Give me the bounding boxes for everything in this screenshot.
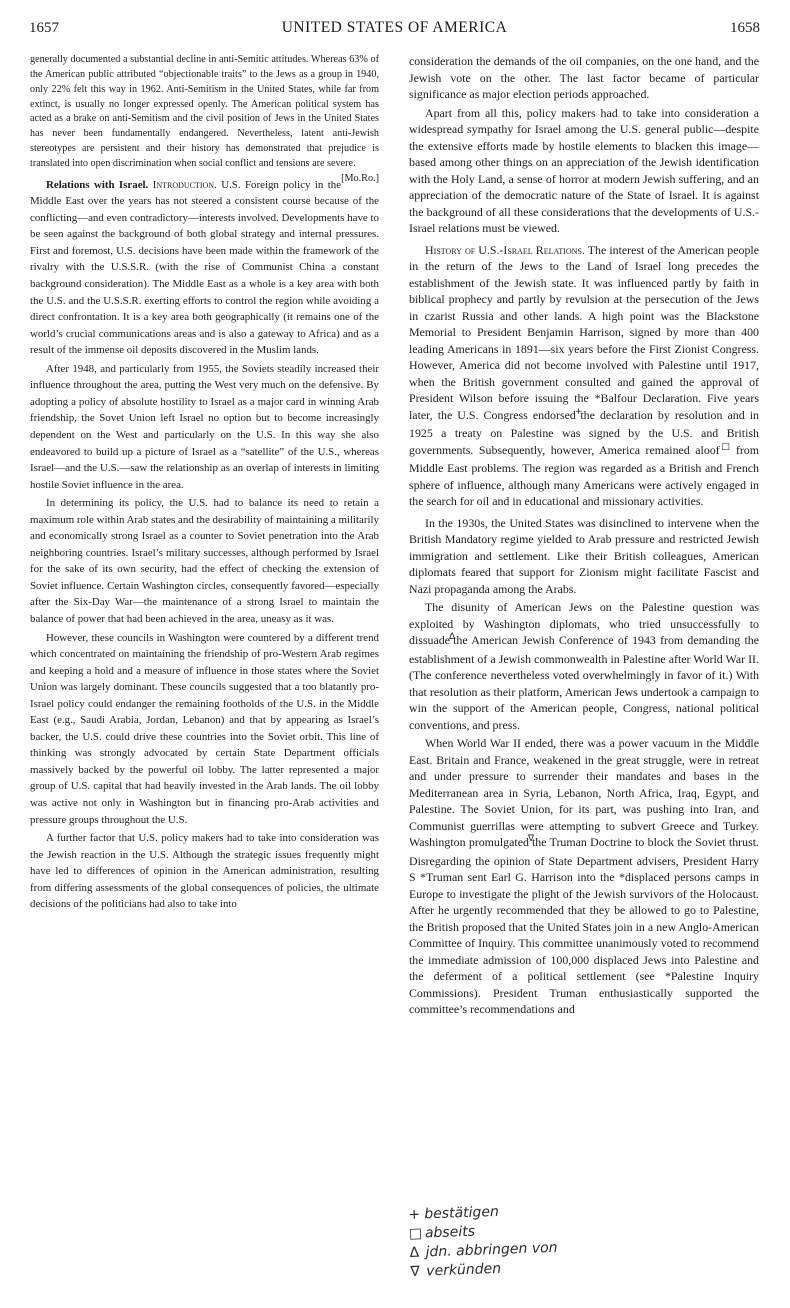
paragraph-apart-from: Apart from all this, policy makers had t… — [409, 105, 759, 237]
page-number-right: 1658 — [730, 18, 760, 38]
note-text: abseits — [425, 1224, 476, 1242]
handwritten-notes: +bestätigen □abseits Δjdn. abbringen von… — [408, 1201, 559, 1282]
paragraph-however-councils: However, these councils in Washington we… — [30, 630, 379, 829]
paragraph-wwii-ended: When World War II ended, there was a pow… — [409, 735, 759, 1018]
note-text: jdn. abbringen von — [425, 1240, 557, 1261]
paragraph-further-factor: A further factor that U.S. policy makers… — [30, 830, 379, 913]
section-heading: Relations with Israel. — [46, 179, 148, 191]
paragraph-text: the Truman Doctrine to block the Soviet … — [409, 835, 759, 1016]
author-signature: [Mo.Ro.] — [341, 172, 379, 187]
note-text: verkünden — [426, 1261, 501, 1280]
paragraph-determining-policy: In determining its policy, the U.S. had … — [30, 495, 379, 627]
square-annotation-mark: □ — [719, 442, 733, 452]
square-icon: □ — [409, 1224, 426, 1244]
plus-annotation-mark: + — [575, 407, 583, 417]
page-header: 1657 UNITED STATES OF AMERICA 1658 — [29, 18, 760, 40]
section-heading: History of U.S.-Israel Relations. — [425, 243, 585, 257]
triangle-down-icon: ∇ — [410, 1262, 427, 1282]
paragraph-history: History of U.S.-Israel Relations. The in… — [409, 242, 759, 510]
paragraph-oil-companies: consideration the demands of the oil com… — [409, 53, 759, 103]
paragraph-text: generally documented a substantial decli… — [30, 54, 379, 169]
paragraph-disunity: The disunity of American Jews on the Pal… — [409, 599, 759, 733]
subsection-heading: Introduction. — [153, 179, 217, 191]
paragraph-text: When World War II ended, there was a pow… — [409, 736, 759, 849]
paragraph-antisemitism-conclusion: generally documented a substantial decli… — [30, 53, 379, 172]
note-item: ∇verkünden — [410, 1258, 559, 1282]
paragraph-relations-intro: Relations with Israel. Introduction. U.S… — [30, 177, 379, 359]
paragraph-after-1948: After 1948, and particularly from 1955, … — [30, 361, 379, 493]
triangle-up-icon: Δ — [409, 1243, 426, 1263]
left-column: generally documented a substantial decli… — [30, 53, 379, 913]
paragraph-text: the American Jewish Conference of 1943 f… — [409, 633, 759, 732]
paragraph-text: U.S. Foreign policy in the Middle East o… — [30, 179, 379, 356]
right-column: consideration the demands of the oil com… — [409, 53, 759, 1018]
paragraph-text: The interest of the American people in t… — [409, 243, 759, 422]
note-text: bestätigen — [424, 1204, 499, 1223]
paragraph-1930s: In the 1930s, the United States was disi… — [409, 515, 759, 598]
triangle-down-annotation-mark: ∇ — [528, 834, 534, 844]
running-title: UNITED STATES OF AMERICA — [29, 18, 760, 38]
plus-icon: + — [408, 1205, 425, 1225]
triangle-up-annotation-mark: Δ — [449, 632, 455, 642]
